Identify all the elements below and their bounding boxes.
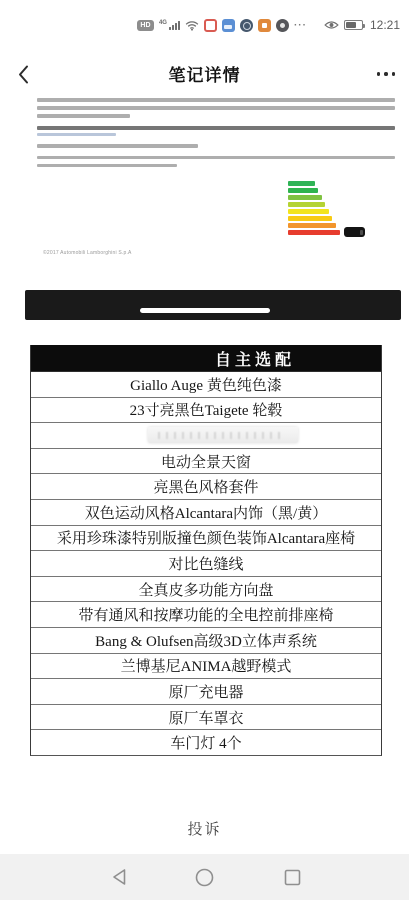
- text-line: [37, 144, 198, 148]
- paragraph: [37, 126, 395, 137]
- nav-home-circle-icon: [195, 868, 214, 887]
- nav-recents-button[interactable]: [282, 867, 302, 887]
- paragraph: [37, 156, 395, 168]
- text-line: [37, 164, 177, 168]
- energy-bar: [288, 223, 336, 228]
- wifi-icon: [185, 20, 199, 31]
- table-row: Bang & Olufsen高级3D立体声系统: [31, 627, 381, 653]
- table-row: 原厂车罩衣: [31, 704, 381, 730]
- energy-rating-marker: [344, 227, 365, 237]
- paragraph: [37, 144, 395, 148]
- options-table-body: Giallo Auge 黄色纯色漆23寸亮黑色Taigete 轮毂电动全景天窗亮…: [31, 371, 381, 755]
- energy-bar: [288, 181, 315, 186]
- table-row: 电动全景天窗: [31, 448, 381, 474]
- app-header: 笔记详情: [0, 52, 409, 94]
- energy-bar: [288, 230, 340, 235]
- table-row: 兰博基尼ANIMA越野模式: [31, 653, 381, 679]
- page-title: 笔记详情: [0, 52, 409, 94]
- text-line: [37, 156, 395, 160]
- text-line: [37, 106, 395, 110]
- nav-back-triangle-icon: [111, 868, 127, 886]
- nav-home-button[interactable]: [195, 867, 215, 887]
- table-row: 原厂充电器: [31, 678, 381, 704]
- dot-icon: [392, 72, 396, 76]
- energy-bar: [288, 202, 325, 207]
- faint-link-line: [37, 133, 116, 136]
- report-button[interactable]: 投诉: [0, 818, 409, 840]
- battery-icon: [344, 20, 363, 30]
- copyright-text: ©2017 Automobili Lamborghini S.p.A: [43, 250, 132, 256]
- android-nav-bar: [0, 854, 409, 900]
- dot-icon: [377, 72, 381, 76]
- nav-recents-square-icon: [284, 869, 301, 886]
- energy-chart-bars: [288, 181, 378, 235]
- dot-icon: [384, 72, 388, 76]
- table-row: 车门灯 4个: [31, 729, 381, 755]
- table-row: 全真皮多功能方向盘: [31, 576, 381, 602]
- energy-bar: [288, 195, 322, 200]
- hd-icon: HD: [137, 20, 154, 31]
- nav-back-button[interactable]: [109, 867, 129, 887]
- more-options-button[interactable]: [377, 64, 396, 84]
- notification-app-dark-icon: [276, 19, 289, 32]
- notification-app-red-icon: [204, 19, 217, 32]
- text-line: [37, 98, 395, 102]
- table-row: 带有通风和按摩功能的全电控前排座椅: [31, 601, 381, 627]
- energy-bar: [288, 188, 318, 193]
- table-row: 双色运动风格Alcantara内饰（黑/黄）: [31, 499, 381, 525]
- status-bar: HD 4G ··· 12:21: [0, 14, 400, 36]
- energy-label-chart: [288, 181, 378, 243]
- status-time: 12:21: [370, 18, 400, 32]
- signal-strength-icon: 4G: [159, 21, 180, 30]
- table-row: Giallo Auge 黄色纯色漆: [31, 371, 381, 397]
- eye-comfort-icon: [324, 20, 339, 30]
- text-line: [37, 126, 395, 130]
- table-header: 自主选配: [31, 345, 381, 371]
- notification-app-orange-icon: [258, 19, 271, 32]
- notification-app-navy-icon: [240, 19, 253, 32]
- table-row: 23寸亮黑色Taigete 轮毂: [31, 397, 381, 423]
- table-row: 采用珍珠漆特别版撞色颜色装饰Alcantara座椅: [31, 525, 381, 551]
- paragraph: [37, 98, 395, 118]
- media-progress-handle[interactable]: [140, 308, 270, 313]
- watermark-overlay: [148, 427, 298, 443]
- notification-overflow-icon: ···: [294, 20, 307, 31]
- energy-bar: [288, 216, 332, 221]
- energy-bar: [288, 209, 329, 214]
- table-row-watermark: [31, 422, 381, 448]
- document-paragraphs: [37, 98, 395, 175]
- note-document-image[interactable]: ©2017 Automobili Lamborghini S.p.A: [0, 95, 409, 287]
- table-row: 亮黑色风格套件: [31, 473, 381, 499]
- text-line: [37, 114, 130, 118]
- table-row: 对比色缝线: [31, 550, 381, 576]
- media-progress-bar[interactable]: [25, 290, 401, 320]
- options-table: 自主选配 Giallo Auge 黄色纯色漆23寸亮黑色Taigete 轮毂电动…: [30, 345, 382, 756]
- notification-app-blue-icon: [222, 19, 235, 32]
- network-type-label: 4G: [159, 20, 167, 26]
